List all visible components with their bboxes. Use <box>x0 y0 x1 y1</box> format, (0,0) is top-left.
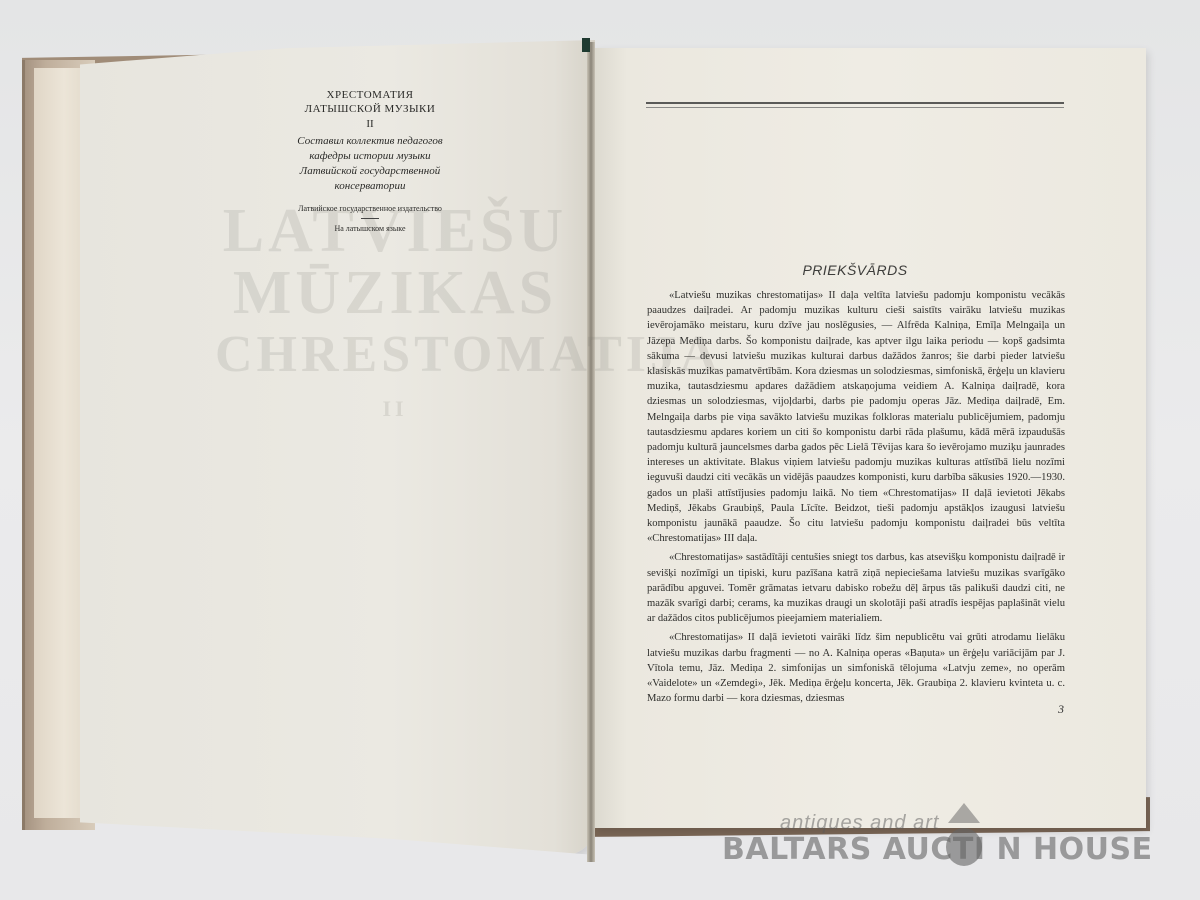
imprint-publisher: Латвийское государственное издательство <box>260 204 480 213</box>
imprint-divider <box>361 218 379 219</box>
imprint-compiler-line: консерватории <box>260 179 480 194</box>
ghost-volume: II <box>215 394 575 424</box>
imprint-title-line1: ХРЕСТОМАТИЯ <box>260 88 480 102</box>
left-flyleaf <box>34 68 84 818</box>
header-double-rule <box>646 102 1064 108</box>
imprint-language-note: На латышском языке <box>260 224 480 233</box>
watermark-globe-icon <box>946 828 982 866</box>
imprint-compiler-line: кафедры истории музыки <box>260 149 480 164</box>
preface-body: «Latviešu muzikas chrestomatijas» II daļ… <box>647 288 1065 710</box>
russian-imprint: ХРЕСТОМАТИЯ ЛАТЫШСКОЙ МУЗЫКИ II Составил… <box>260 88 480 233</box>
ghost-line: MŪZIKAS <box>215 262 575 324</box>
preface-paragraph: «Latviešu muzikas chrestomatijas» II daļ… <box>647 288 1065 546</box>
page-heading: PRIEKŠVĀRDS <box>646 262 1064 278</box>
imprint-compiler-line: Латвийской государственной <box>260 164 480 179</box>
watermark-crown-icon <box>948 803 980 823</box>
imprint-title-line2: ЛАТЫШСКОЙ МУЗЫКИ <box>260 102 480 116</box>
preface-paragraph: «Chrestomatijas» II daļā ievietoti vairā… <box>647 630 1065 706</box>
bookmark-ribbon <box>582 38 590 52</box>
watermark-brand: BALTARS AUCTI N HOUSE <box>722 832 1153 867</box>
book-gutter <box>587 42 595 862</box>
ghost-line: CHRESTOMATIJA <box>215 324 575 386</box>
imprint-compiler-line: Составил коллектив педагогов <box>260 134 480 149</box>
page-number: 3 <box>1058 702 1064 717</box>
show-through-title: LATVIEŠU MŪZIKAS CHRESTOMATIJA II <box>215 200 575 424</box>
imprint-volume: II <box>260 118 480 130</box>
preface-paragraph: «Chrestomatijas» sastādītāji centušies s… <box>647 550 1065 626</box>
